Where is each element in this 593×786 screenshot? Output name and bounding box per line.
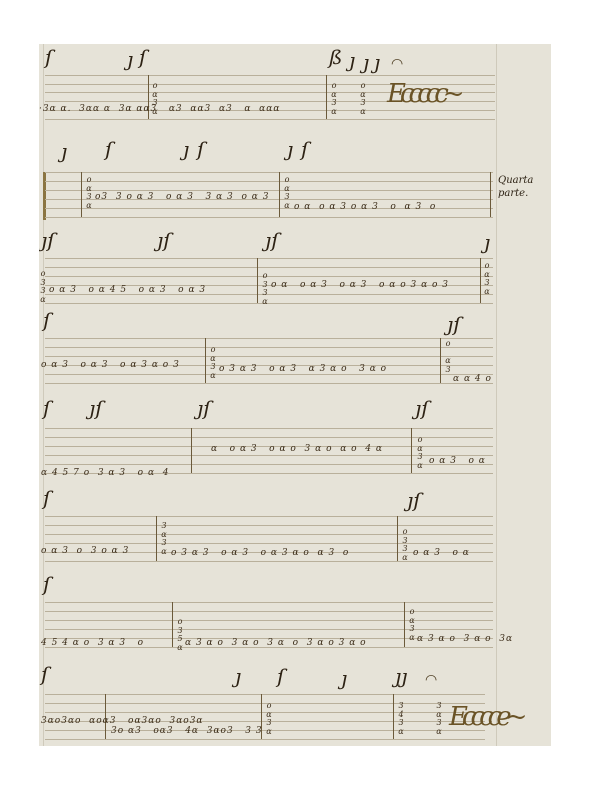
chord-stack: oɑ3ɑ — [359, 82, 367, 116]
chord-stack: 3ɑ3ɑ — [160, 522, 168, 556]
chord-stack: 3ɑ3ɑ — [435, 702, 443, 736]
chord-stack: o33ɑ — [39, 270, 47, 304]
rhythm-sign: ȷſ — [197, 398, 211, 418]
staff-line — [45, 75, 495, 76]
repeat-sign — [43, 172, 46, 220]
tab-notes: o ɑ 3 o ɑ 3 o ɑ 3 ɑ o 3 — [41, 360, 180, 370]
rhythm-sign: ſ — [45, 47, 52, 67]
staff-line — [45, 629, 493, 630]
staff-line — [45, 739, 485, 740]
staff-line — [45, 516, 493, 517]
rhythm-sign: ȷſ — [265, 230, 279, 250]
chord-stack: oɑ3ɑ — [416, 436, 424, 470]
rhythm-sign: ſ — [43, 398, 50, 418]
tab-notes: o ɑ 3 o ɑ — [429, 456, 486, 466]
section-label-line-1: Quarta — [498, 175, 533, 186]
staff-line — [45, 267, 493, 268]
chord-stack: oɑ3ɑ — [408, 608, 416, 642]
chord-stack: oɑ3 — [444, 340, 452, 374]
tab-notes: o ɑ 3 o ɑ — [413, 548, 470, 558]
rhythm-sign: ſ — [277, 666, 284, 686]
barline — [480, 258, 481, 303]
rhythm-sign: ȷ — [235, 666, 241, 686]
staff-line — [45, 258, 493, 259]
rhythm-sign: ȷ — [374, 52, 380, 72]
staff-line — [45, 181, 493, 182]
staff-line — [45, 694, 485, 695]
ending-flourish: Ecccce~ — [449, 702, 521, 732]
barline — [279, 172, 280, 217]
barline — [257, 258, 258, 303]
tab-notes: ɑ 4 5 7 o 3 ɑ 3 o ɑ 4 — [41, 468, 169, 478]
staff-line — [45, 437, 493, 438]
tab-notes: ɑ 3 ɑ o 3 ɑ o 3ɑ — [417, 634, 513, 644]
tab-notes: ɑ ɑ 4 o — [453, 374, 492, 384]
staff-line — [45, 172, 493, 173]
staff-line — [45, 534, 493, 535]
staff-line — [45, 276, 493, 277]
rhythm-sign: ſ — [43, 574, 50, 594]
staff-line — [45, 119, 495, 120]
manuscript-page: ſ ȷ ſ ß ȷ ȷ ȷ ◠ oɑ3ɑ oɑ3ɑ oɑ3ɑ ·3ɑ ɑ. 3ɑ… — [39, 44, 551, 746]
rhythm-sign: ſ — [43, 488, 50, 508]
chord-stack: o33ɑ — [261, 272, 269, 306]
rhythm-sign: ȷſ — [41, 230, 55, 250]
staff-line — [45, 347, 493, 348]
staff-line — [45, 428, 493, 429]
barline — [156, 516, 157, 561]
staff-line — [45, 464, 493, 465]
chord-stack: oɑ3ɑ — [209, 346, 217, 380]
barline — [326, 75, 327, 119]
barline — [440, 338, 441, 383]
chord-stack: oɑ3ɑ — [85, 176, 93, 210]
chord-stack: oɑ3ɑ — [283, 176, 291, 210]
tab-notes: ·3ɑ ɑ. 3ɑɑ ɑ 3ɑ ɑɑ3 ɑ3 ɑɑ3 ɑ3 ɑ ɑɑɑ — [39, 104, 280, 114]
tab-notes: 3o ɑ3 oɑ3 4ɑ 3ɑo3 3 3 — [111, 726, 263, 736]
barline — [205, 338, 206, 383]
tab-notes: o3 3 o ɑ 3 o ɑ 3 3 ɑ 3 o ɑ 3 — [95, 192, 269, 202]
staff-line — [45, 561, 493, 562]
chord-stack: oɑ3ɑ — [483, 262, 491, 296]
barline — [397, 516, 398, 561]
staff-line — [45, 620, 493, 621]
rhythm-sign: ȷſ — [447, 314, 461, 334]
chord-stack: oɑ3ɑ — [330, 82, 338, 116]
tab-notes: o ɑ o ɑ 3 o ɑ 3 o ɑ 3 o — [294, 202, 436, 212]
rhythm-sign: ȷ — [127, 49, 133, 69]
staff-line — [45, 217, 493, 218]
tab-notes: o 3 ɑ 3 o ɑ 3 o ɑ 3 ɑ o ɑ 3 o — [171, 548, 349, 558]
staff-line — [45, 455, 493, 456]
staff-line — [45, 525, 493, 526]
section-label-line-2: parte. — [498, 188, 528, 199]
ending-flourish: Eccccc~ — [387, 79, 459, 109]
barline — [393, 694, 394, 739]
rhythm-sign: ſ — [301, 139, 308, 159]
tab-notes: ɑ 3 ɑ o 3 ɑ o 3 ɑ o 3 ɑ o 3 ɑ o — [185, 638, 367, 648]
rhythm-sign: ſ — [43, 310, 50, 330]
rhythm-sign: ȷ — [484, 232, 490, 252]
tab-notes: o ɑ 3 o 3 o ɑ 3 — [41, 546, 129, 556]
staff-line — [45, 383, 493, 384]
rhythm-sign: ȷ — [287, 139, 293, 159]
barline — [404, 602, 405, 647]
chord-stack: o35ɑ — [176, 618, 184, 652]
rhythm-sign: ſ — [197, 139, 204, 159]
barline — [172, 602, 173, 647]
barline — [411, 428, 412, 473]
rhythm-sign: ß — [329, 47, 342, 67]
fermata-icon: ◠ — [391, 56, 403, 72]
barline — [81, 172, 82, 217]
tab-notes: ɑ o ɑ 3 o ɑ o 3 ɑ o ɑ o 4 ɑ — [211, 444, 383, 454]
rhythm-sign: ȷſ — [157, 230, 171, 250]
staff-line — [45, 303, 493, 304]
tab-notes: o 3 ɑ 3 o ɑ 3 ɑ 3 ɑ o 3 ɑ o — [219, 364, 387, 374]
rhythm-sign: ȷ — [183, 139, 189, 159]
rhythm-sign: ȷ — [341, 668, 347, 688]
staff-line — [45, 190, 493, 191]
rhythm-sign: ȷ — [61, 141, 67, 161]
rhythm-sign: ȷ — [349, 50, 355, 70]
tab-notes: o ɑ o ɑ 3 o ɑ 3 o ɑ o 3 ɑ o 3 — [271, 280, 449, 290]
rhythm-sign: ȷȷ — [395, 666, 407, 686]
rhythm-sign: ſ — [105, 139, 112, 159]
staff-line — [45, 338, 493, 339]
chord-stack: oɑ3ɑ — [265, 702, 273, 736]
staff-line — [45, 602, 493, 603]
chord-stack: o33ɑ — [401, 528, 409, 562]
tab-notes: 3ɑo3ɑo ɑoɑ3 oɑ3ɑo 3ɑo3ɑ — [41, 716, 204, 726]
tab-notes: o ɑ 3 o ɑ 4 5 o ɑ 3 o ɑ 3 — [49, 285, 206, 295]
tab-notes: 4 5 4 ɑ o 3 ɑ 3 o — [41, 638, 144, 648]
rhythm-sign: ſ — [41, 664, 48, 684]
barline — [191, 428, 192, 473]
fermata-icon: ◠ — [425, 672, 437, 688]
section-label: Quarta parte. — [498, 174, 533, 200]
staff-line — [45, 374, 493, 375]
rhythm-sign: ſ — [139, 47, 146, 67]
chord-stack: 343ɑ — [397, 702, 405, 736]
rhythm-sign: ȷſ — [415, 398, 429, 418]
barline — [490, 172, 491, 217]
staff-line — [45, 356, 493, 357]
rhythm-sign: ȷſ — [407, 490, 421, 510]
rhythm-sign: ȷſ — [89, 398, 103, 418]
staff-line — [45, 611, 493, 612]
staff-line — [45, 543, 493, 544]
rhythm-sign: ȷ — [363, 52, 369, 72]
